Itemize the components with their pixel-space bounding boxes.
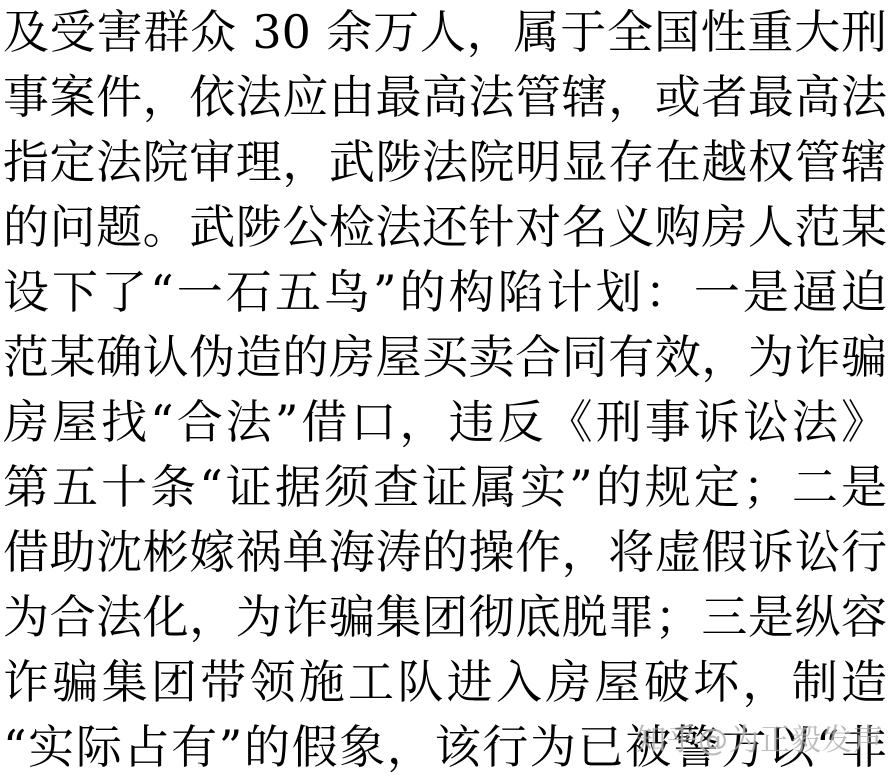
text-line: 借助沈彬嫁祸单海涛的操作，将虚假诉讼行	[3, 520, 887, 585]
text-line: 事案件，依法应由最高法管辖，或者最高法	[3, 65, 887, 130]
text-line: 为合法化，为诈骗集团彻底脱罪；三是纵容	[3, 585, 887, 650]
text-line: 及受害群众 30 余万人，属于全国性重大刑	[3, 0, 887, 65]
text-line: 的问题。武陟公检法还针对名义购房人范某	[3, 195, 887, 260]
text-line: 第五十条“证据须查证属实”的规定；二是	[3, 455, 887, 520]
text-line: 指定法院审理，武陟法院明显存在越权管辖	[3, 130, 887, 195]
article-page: 及受害群众 30 余万人，属于全国性重大刑 事案件，依法应由最高法管辖，或者最高…	[0, 0, 890, 781]
text-line: “实际占有”的假象，该行为已被警方以“非	[3, 715, 887, 780]
text-line: 范某确认伪造的房屋买卖合同有效，为诈骗	[3, 325, 887, 390]
article-text-block: 及受害群众 30 余万人，属于全国性重大刑 事案件，依法应由最高法管辖，或者最高…	[0, 0, 890, 780]
text-line: 诈骗集团带领施工队进入房屋破坏，制造	[3, 650, 887, 715]
text-line: 房屋找“合法”借口，违反《刑事诉讼法》	[3, 390, 887, 455]
text-line: 设下了“一石五鸟”的构陷计划：一是逼迫	[3, 260, 887, 325]
